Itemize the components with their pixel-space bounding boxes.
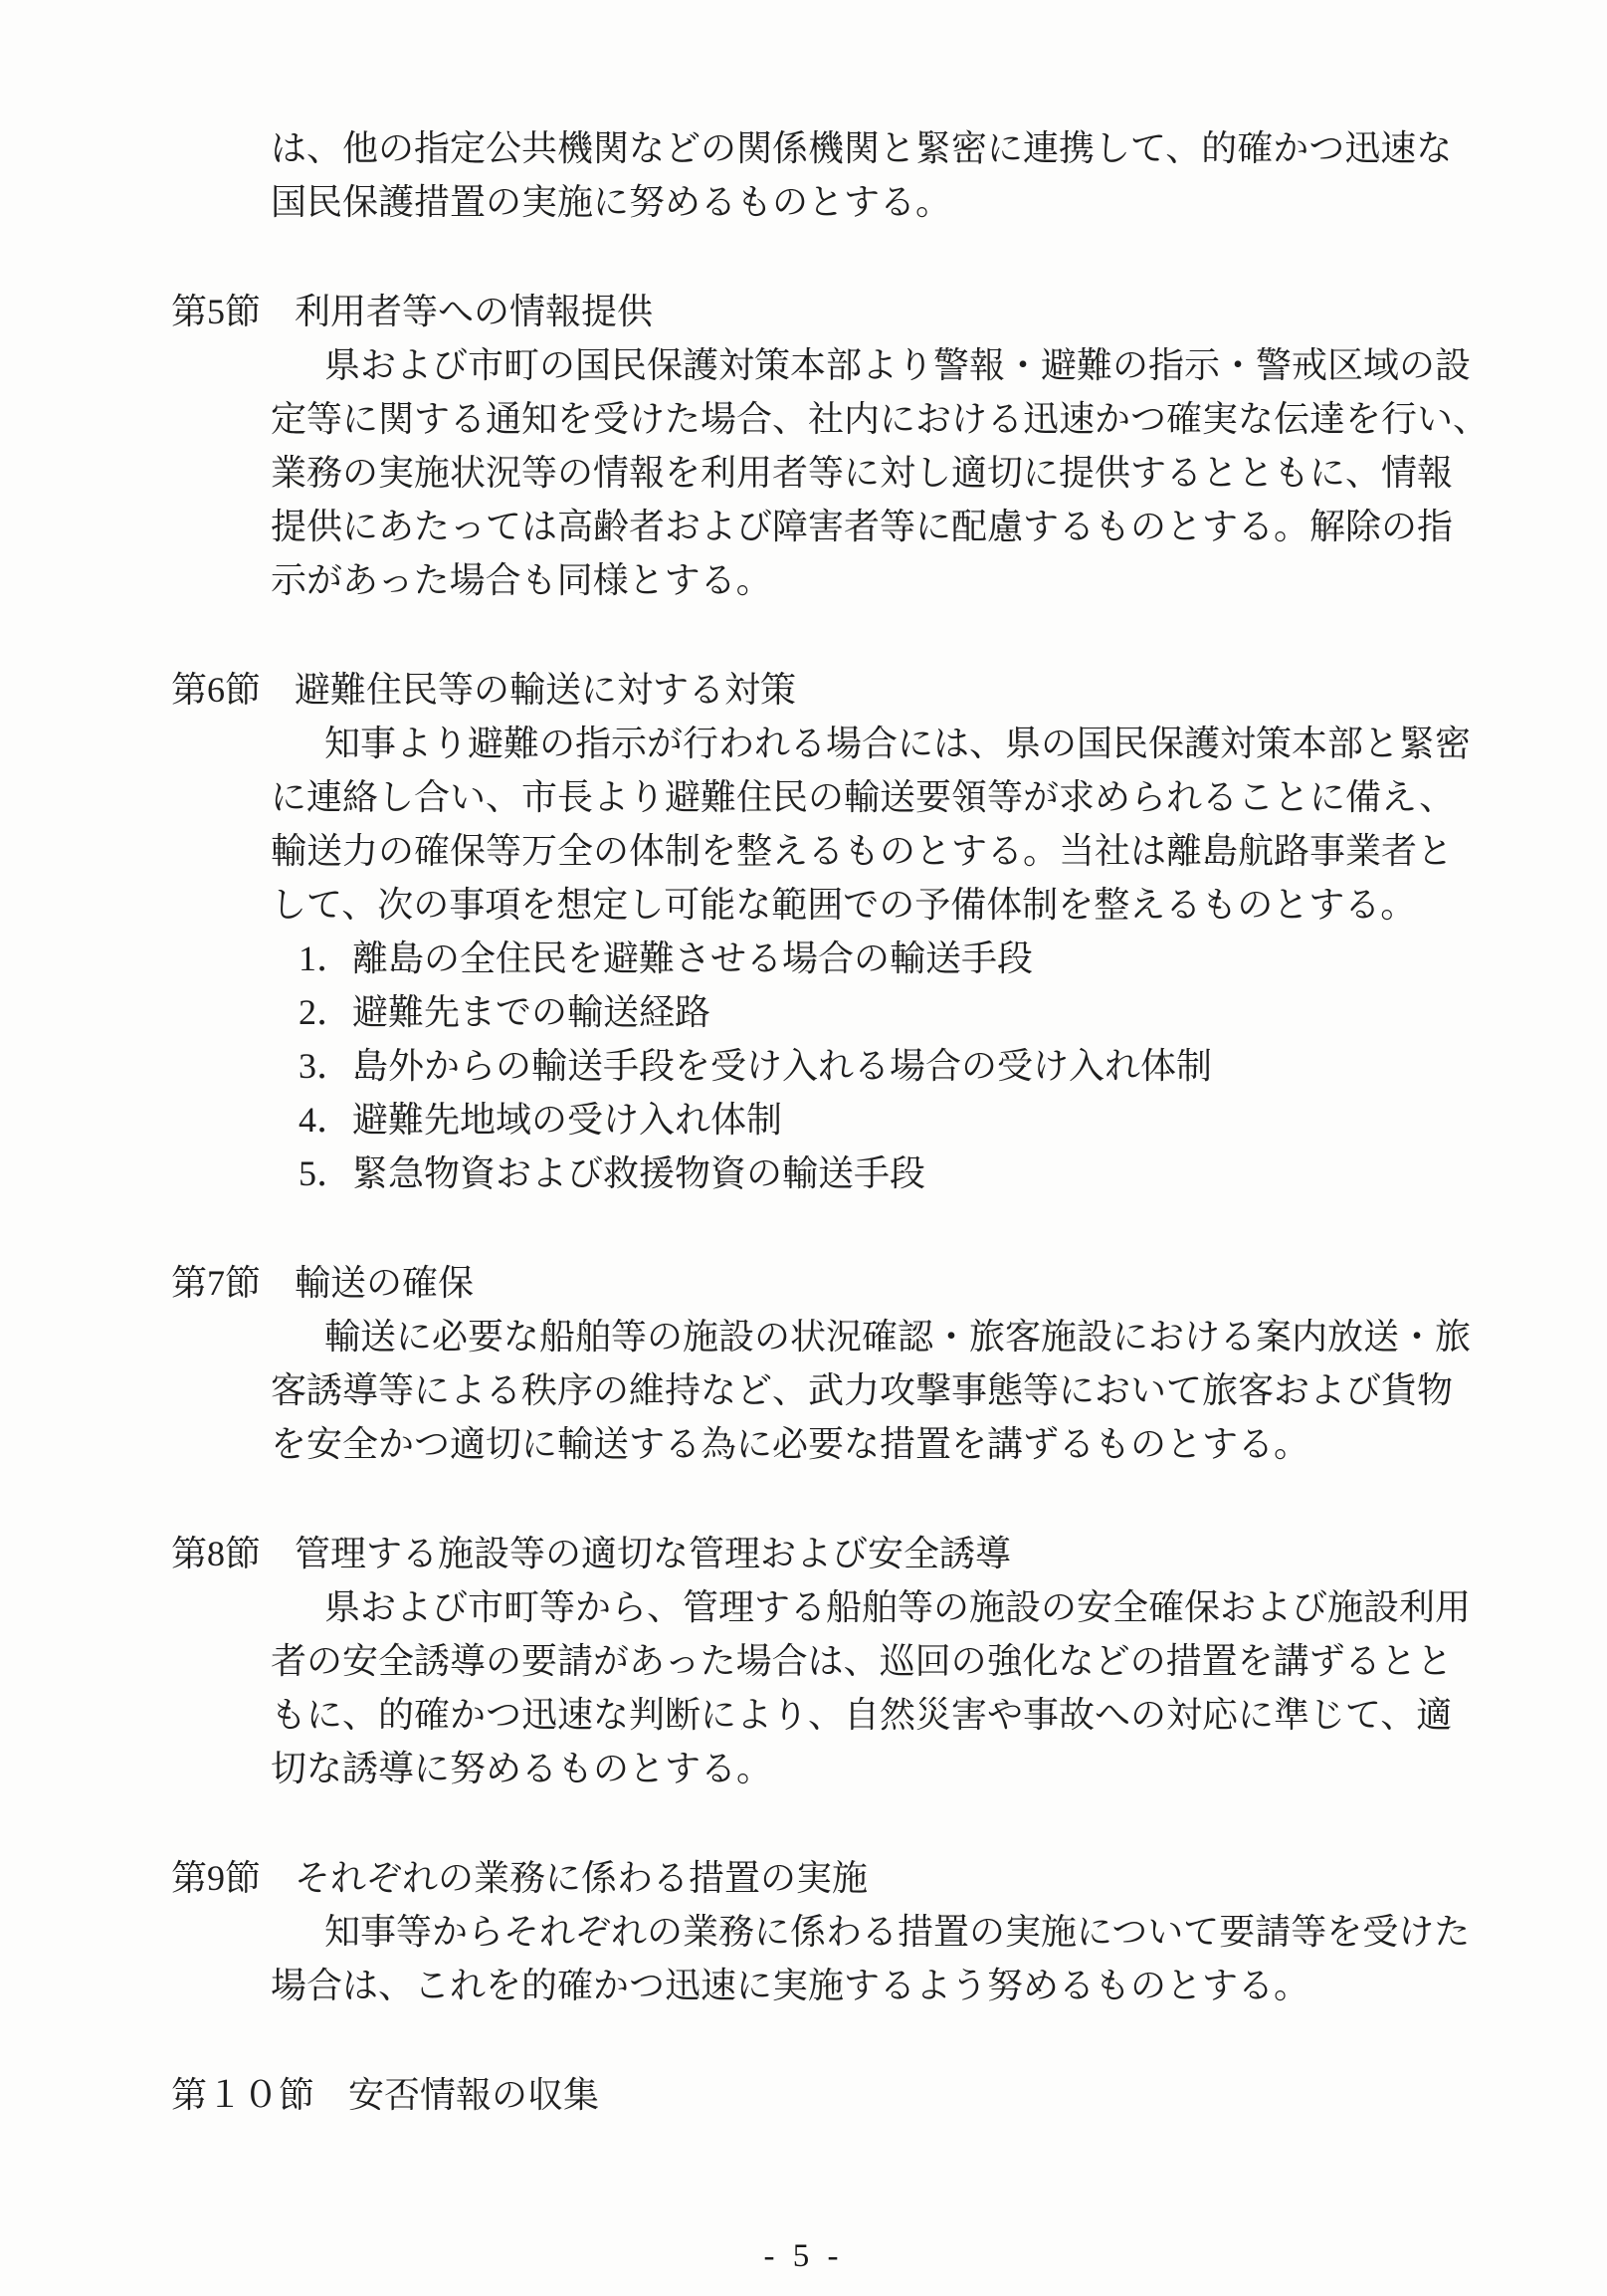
page-number: - 5 - (0, 2229, 1607, 2283)
list-item: 1．離島の全住民を避難させる場合の輸送手段 (299, 932, 1607, 985)
body-line: 輸送力の確保等万全の体制を整えるものとする。当社は離島航路事業者と (271, 824, 1607, 878)
body-line: 県および市町等から、管理する船舶等の施設の安全確保および施設利用 (271, 1580, 1607, 1634)
section-heading: 第8節管理する施設等の適切な管理および安全誘導 (171, 1527, 1607, 1580)
section-body: 知事より避難の指示が行われる場合には、県の国民保護対策本部と緊密に連絡し合い、市… (271, 717, 1607, 932)
section-title: それぞれの業務に係わる措置の実施 (295, 1858, 868, 1898)
section-body: 知事等からそれぞれの業務に係わる措置の実施について要請等を受けた場合は、これを的… (271, 1905, 1607, 2012)
section-number: 第8節 (171, 1527, 261, 1580)
body-line: もに、的確かつ迅速な判断により、自然災害や事故への対応に準じて、適 (271, 1688, 1607, 1742)
body-line: 定等に関する通知を受けた場合、社内における迅速かつ確実な伝達を行い、 (271, 392, 1607, 446)
section-heading: 第7節輸送の確保 (171, 1256, 1607, 1310)
list-item: 4．避難先地域の受け入れ体制 (299, 1093, 1607, 1147)
section-number: 第6節 (171, 663, 261, 717)
list-item: 2．避難先までの輸送経路 (299, 985, 1607, 1039)
section-body: 県および市町等から、管理する船舶等の施設の安全確保および施設利用者の安全誘導の要… (271, 1580, 1607, 1795)
document-section: 第5節利用者等への情報提供県および市町の国民保護対策本部より警報・避難の指示・警… (0, 285, 1607, 607)
section-heading: 第5節利用者等への情報提供 (171, 285, 1607, 338)
body-line: 提供にあたっては高齢者および障害者等に配慮するものとする。解除の指 (271, 500, 1607, 553)
body-line: 知事等からそれぞれの業務に係わる措置の実施について要請等を受けた (271, 1905, 1607, 1959)
section-number: 第5節 (171, 285, 261, 338)
section-title: 管理する施設等の適切な管理および安全誘導 (295, 1534, 1011, 1573)
list-item: 5．緊急物資および救援物資の輸送手段 (299, 1147, 1607, 1200)
body-line: 輸送に必要な船舶等の施設の状況確認・旅客施設における案内放送・旅 (271, 1310, 1607, 1363)
body-line: を安全かつ適切に輸送する為に必要な措置を講ずるものとする。 (271, 1417, 1607, 1471)
section-title: 避難住民等の輸送に対する対策 (295, 670, 796, 710)
continuation-paragraph: は、他の指定公共機関などの関係機関と緊密に連携して、的確かつ迅速な国民保護措置の… (271, 121, 1607, 229)
document-section: 第8節管理する施設等の適切な管理および安全誘導県および市町等から、管理する船舶等… (0, 1527, 1607, 1795)
document-section: 第１０節安否情報の収集 (0, 2068, 1607, 2122)
continuation-line: 国民保護措置の実施に努めるものとする。 (271, 175, 1607, 229)
section-number: 第9節 (171, 1851, 261, 1905)
document-section: 第9節それぞれの業務に係わる措置の実施知事等からそれぞれの業務に係わる措置の実施… (0, 1851, 1607, 2012)
section-number: 第7節 (171, 1256, 261, 1310)
body-line: 者の安全誘導の要請があった場合は、巡回の強化などの措置を講ずるとと (271, 1634, 1607, 1688)
section-title: 利用者等への情報提供 (295, 292, 653, 331)
list-item: 3．島外からの輸送手段を受け入れる場合の受け入れ体制 (299, 1039, 1607, 1093)
body-line: 知事より避難の指示が行われる場合には、県の国民保護対策本部と緊密 (271, 717, 1607, 770)
document-page: は、他の指定公共機関などの関係機関と緊密に連携して、的確かつ迅速な国民保護措置の… (0, 0, 1607, 2296)
body-line: 県および市町の国民保護対策本部より警報・避難の指示・警戒区域の設 (271, 338, 1607, 392)
section-heading: 第１０節安否情報の収集 (171, 2068, 1607, 2122)
section-title: 輸送の確保 (295, 1263, 474, 1303)
body-line: 客誘導等による秩序の維持など、武力攻撃事態等において旅客および貨物 (271, 1363, 1607, 1417)
body-line: して、次の事項を想定し可能な範囲での予備体制を整えるものとする。 (271, 878, 1607, 932)
section-title: 安否情報の収集 (348, 2075, 599, 2115)
body-line: 場合は、これを的確かつ迅速に実施するよう努めるものとする。 (271, 1959, 1607, 2012)
body-line: 業務の実施状況等の情報を利用者等に対し適切に提供するとともに、情報 (271, 446, 1607, 500)
section-number: 第１０節 (171, 2068, 314, 2122)
section-body: 県および市町の国民保護対策本部より警報・避難の指示・警戒区域の設定等に関する通知… (271, 338, 1607, 607)
body-line: に連絡し合い、市長より避難住民の輸送要領等が求められることに備え、 (271, 770, 1607, 824)
section-list: 1．離島の全住民を避難させる場合の輸送手段2．避難先までの輸送経路3．島外からの… (299, 932, 1607, 1200)
body-line: 示があった場合も同様とする。 (271, 553, 1607, 607)
sections: 第5節利用者等への情報提供県および市町の国民保護対策本部より警報・避難の指示・警… (0, 285, 1607, 2122)
section-heading: 第6節避難住民等の輸送に対する対策 (171, 663, 1607, 717)
section-body: 輸送に必要な船舶等の施設の状況確認・旅客施設における案内放送・旅客誘導等による秩… (271, 1310, 1607, 1471)
section-heading: 第9節それぞれの業務に係わる措置の実施 (171, 1851, 1607, 1905)
body-line: 切な誘導に努めるものとする。 (271, 1742, 1607, 1795)
page-content: は、他の指定公共機関などの関係機関と緊密に連携して、的確かつ迅速な国民保護措置の… (0, 121, 1607, 2122)
document-section: 第7節輸送の確保輸送に必要な船舶等の施設の状況確認・旅客施設における案内放送・旅… (0, 1256, 1607, 1471)
document-section: 第6節避難住民等の輸送に対する対策知事より避難の指示が行われる場合には、県の国民… (0, 663, 1607, 1200)
continuation-line: は、他の指定公共機関などの関係機関と緊密に連携して、的確かつ迅速な (271, 121, 1607, 175)
